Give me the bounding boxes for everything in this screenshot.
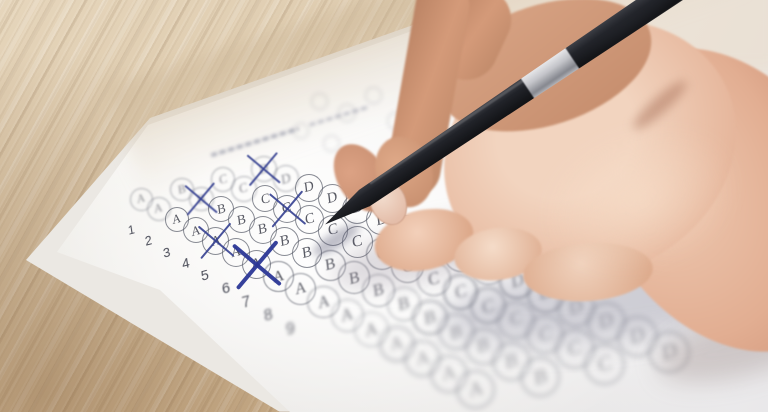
x-mark bbox=[229, 236, 285, 292]
photo-scene: ABCDABCD1ABCD2ABCD3ABCD4ABCD5ABCD6ABCD7A… bbox=[0, 0, 768, 412]
question-number: 5 bbox=[200, 267, 210, 285]
bubble-letter: B bbox=[504, 350, 519, 373]
bubble-letter: A bbox=[172, 212, 182, 227]
question-number: 9 bbox=[284, 319, 296, 340]
question-number: 7 bbox=[241, 293, 252, 312]
question-number: 2 bbox=[144, 233, 153, 249]
bubble-letter: B bbox=[423, 307, 437, 328]
bubble-letter: A bbox=[389, 333, 404, 354]
question-number: 3 bbox=[162, 244, 171, 261]
question-number: 8 bbox=[262, 306, 273, 326]
bubble-letter: A bbox=[340, 306, 354, 326]
bubble-letter: A bbox=[365, 319, 379, 340]
bubble-letter: A bbox=[294, 280, 307, 299]
bubble-letter: A bbox=[468, 378, 484, 401]
bubble-letter: A bbox=[154, 202, 164, 216]
x-mark bbox=[266, 188, 308, 230]
x-mark bbox=[245, 150, 284, 189]
bubble-letter: A bbox=[415, 348, 430, 370]
answer-bubble: B bbox=[520, 357, 560, 397]
bubble-letter: B bbox=[236, 211, 246, 227]
bubble-letter: D bbox=[327, 189, 339, 206]
x-mark bbox=[183, 180, 220, 217]
answer-bubble: C bbox=[584, 344, 625, 385]
question-number: 4 bbox=[181, 255, 191, 272]
bubble-letter: A bbox=[441, 363, 457, 386]
bubble-letter: B bbox=[397, 294, 410, 314]
answer-bubble: A bbox=[456, 370, 495, 409]
bubble-letter: A bbox=[317, 292, 330, 311]
question-number: 1 bbox=[127, 222, 136, 238]
bubble-letter: A bbox=[137, 193, 146, 207]
bubble-letter: B bbox=[301, 244, 313, 262]
bubble-letter: C bbox=[597, 352, 613, 376]
bubble-letter: B bbox=[533, 365, 548, 388]
